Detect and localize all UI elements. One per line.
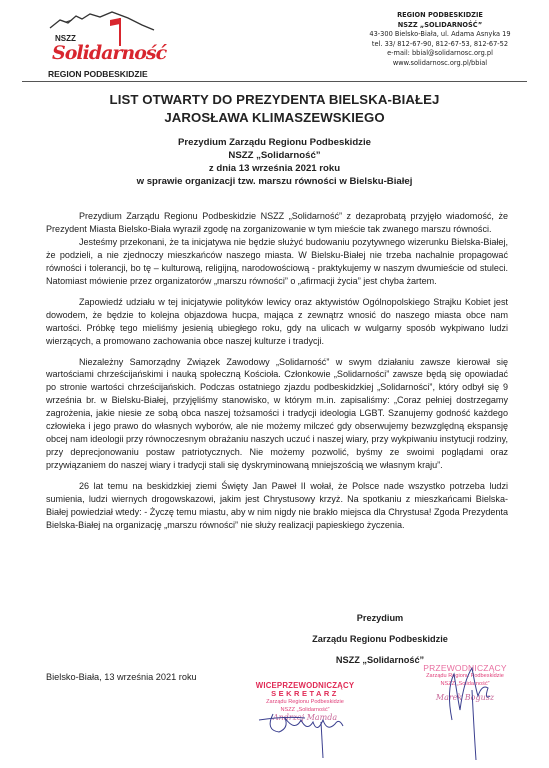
place-date: Bielsko-Biała, 13 września 2021 roku	[46, 672, 197, 682]
subtitle-line: z dnia 13 września 2021 roku	[0, 162, 549, 175]
paragraph: Prezydium Zarządu Regionu Podbeskidzie N…	[46, 210, 508, 236]
contact-phone: tel. 33/ 812-67-90, 812-67-53, 812-67-52	[340, 40, 540, 50]
paragraph: Jesteśmy przekonani, że ta inicjatywa ni…	[46, 236, 508, 288]
paragraph: Niezależny Samorządny Związek Zawodowy „…	[46, 356, 508, 473]
logo-brand: Solidarność	[52, 42, 166, 64]
letterhead-contact: REGION PODBESKIDZIE NSZZ „SOLIDARNOŚĆ” 4…	[340, 11, 540, 68]
stamp-role: SEKRETARZ	[255, 690, 355, 698]
signature-line: Zarządu Regionu Podbeskidzie	[290, 629, 470, 650]
paragraph: Zapowiedź udziału w tej inicjatywie poli…	[46, 296, 508, 348]
subtitle-line: w sprawie organizacji tzw. marszu równoś…	[0, 175, 549, 188]
document-title-line2: JAROSŁAWA KLIMASZEWSKIEGO	[0, 110, 549, 125]
contact-website: www.solidarnosc.org.pl/bbial	[340, 59, 540, 69]
solidarnosc-logo: NSZZ Solidarność REGION PODBESKIDZIE	[38, 8, 168, 80]
letter-body: Prezydium Zarządu Regionu Podbeskidzie N…	[46, 210, 508, 532]
handwritten-signature-icon	[255, 702, 355, 760]
contact-address: 43-300 Bielsko-Biała, ul. Adama Asnyka 1…	[340, 30, 540, 40]
signature-line: Prezydium	[290, 608, 470, 629]
document-subtitle: Prezydium Zarządu Regionu Podbeskidzie N…	[0, 136, 549, 188]
contact-union: NSZZ „SOLIDARNOŚĆ”	[340, 21, 540, 31]
header-divider	[22, 81, 527, 82]
paragraph: 26 lat temu na beskidzkiej ziemi Święty …	[46, 480, 508, 532]
subtitle-line: NSZZ „Solidarność”	[0, 149, 549, 162]
handwritten-signature-icon	[432, 660, 502, 766]
document-title-line1: LIST OTWARTY DO PREZYDENTA BIELSKA-BIAŁE…	[0, 92, 549, 107]
subtitle-line: Prezydium Zarządu Regionu Podbeskidzie	[0, 136, 549, 149]
contact-email: e-mail: bbial@solidarnosc.org.pl	[340, 49, 540, 59]
contact-region: REGION PODBESKIDZIE	[340, 11, 540, 21]
logo-region: REGION PODBESKIDZIE	[48, 69, 148, 79]
